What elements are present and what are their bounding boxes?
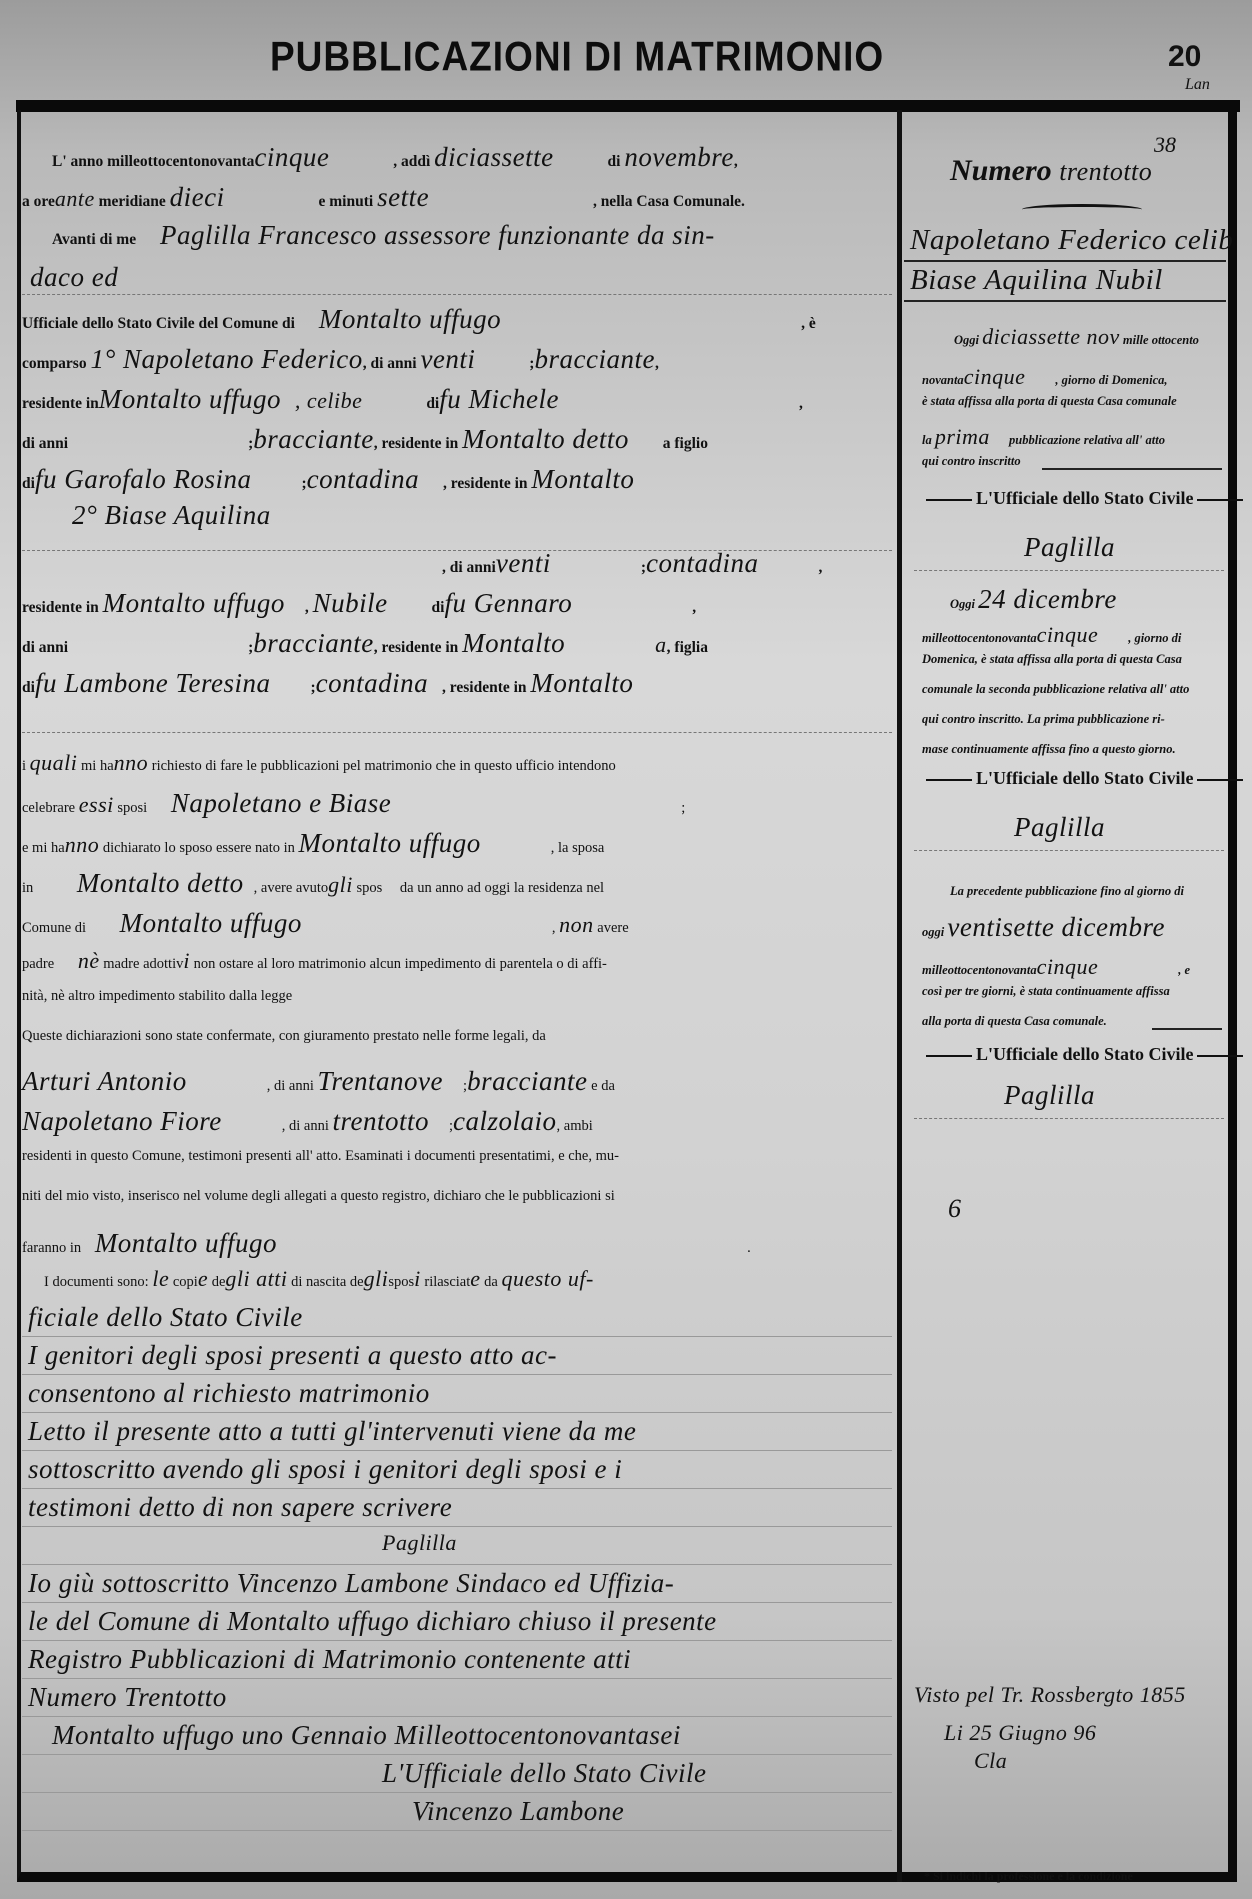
record-line-37: le del Comune di Montalto uffugo dichiar… (28, 1606, 717, 1637)
margin-mark: 6 (948, 1194, 961, 1224)
pub1-text-line-2: la prima pubblicazione relativa all' att… (922, 424, 1165, 450)
record-line-14: difu Lambone Teresina;contadina , reside… (22, 668, 633, 699)
pub3-text-line-1: La precedente pubblicazione fino al gior… (950, 884, 1184, 899)
pub1-date-line: Oggi diciassette nov mille ottocento (954, 324, 1199, 350)
pub2-officer-label: L'Ufficiale dello Stato Civile (922, 768, 1247, 789)
pub1-year-line: novantacinque, giorno di Domenica, (922, 364, 1168, 390)
record-line-6: comparso 1° Napoletano Federico, di anni… (22, 344, 659, 375)
pub2-text-line-2: comunale la seconda pubblicazione relati… (922, 682, 1189, 697)
record-line-31: consentono al richiesto matrimonio (28, 1378, 430, 1409)
record-line-29: ficiale dello Stato Civile (28, 1302, 303, 1333)
record-line-16: celebrare essi sposi Napoletano e Biase; (22, 788, 685, 819)
record-line-23: Arturi Antonio, di anni Trentanove;bracc… (22, 1066, 615, 1097)
pub2-signature: Paglilla (1014, 812, 1105, 843)
visa-line-1: Visto pel Tr. Rossbergto 1855 (914, 1682, 1186, 1708)
page-number: 20 (1168, 40, 1201, 74)
record-signature-paglilla: Paglilla (382, 1530, 457, 1556)
record-line-7: residente inMontalto uffugo , celibe dif… (22, 384, 803, 415)
record-line-11: , di anniventi;contadina, (442, 548, 822, 579)
pub2-year-line: milleottocentonovantacinque, giorno di (922, 622, 1181, 648)
record-line-25: residenti in questo Comune, testimoni pr… (22, 1148, 619, 1165)
record-line-28: I documenti sono: le copie degli atti di… (44, 1266, 594, 1292)
record-line-27: faranno in Montalto uffugo. (22, 1228, 751, 1259)
record-line-12: residente in Montalto uffugo, Nubile dif… (22, 588, 696, 619)
record-line-18: in Montalto detto, avere avutogli spos d… (22, 868, 604, 899)
footnote: * Si indichi la professione e la condizi… (924, 1869, 1133, 1884)
record-line-5: Ufficiale dello Stato Civile del Comune … (22, 304, 816, 335)
page-number-annotation: Lan (1185, 76, 1210, 94)
record-line-9: difu Garofalo Rosina;contadina , residen… (22, 464, 634, 495)
record-line-34: testimoni detto di non sapere scrivere (28, 1492, 452, 1523)
record-line-24: Napoletano Fiore, di anni trentotto;calz… (22, 1106, 593, 1137)
pub1-officer-label: L'Ufficiale dello Stato Civile (922, 488, 1247, 509)
pub3-date-line: oggi ventisette dicembre (922, 912, 1165, 943)
record-officer-signature: Vincenzo Lambone (412, 1796, 624, 1827)
record-line-20: padre nè madre adottivi non ostare al lo… (22, 948, 607, 974)
side-names-line-2: Biase Aquilina Nubil (910, 264, 1163, 297)
pub2-date-line: Oggi 24 dicembre (950, 584, 1117, 615)
record-line-21: nità, nè altro impedimento stabilito dal… (22, 988, 292, 1005)
record-line-2: a oreante meridiane dieci e minuti sette… (22, 182, 745, 213)
side-names-line-1: Napoletano Federico celib (910, 224, 1233, 257)
record-line-4: daco ed (30, 262, 118, 293)
pub1-text-line-3: qui contro inscritto (922, 454, 1021, 469)
pub3-text-line-2: così per tre giorni, è stata continuamen… (922, 984, 1170, 999)
record-line-22: Queste dichiarazioni sono state conferma… (22, 1028, 546, 1045)
record-officer-title: L'Ufficiale dello Stato Civile (382, 1758, 707, 1789)
pub3-text-line-3: alla porta di questa Casa comunale. (922, 1014, 1107, 1029)
record-line-10: 2° Biase Aquilina (72, 500, 271, 531)
record-line-38: Registro Pubblicazioni di Matrimonio con… (28, 1644, 631, 1675)
document-title: PUBBLICAZIONI DI MATRIMONIO (270, 33, 884, 80)
record-line-3: Avanti di me Paglilla Francesco assessor… (52, 220, 715, 251)
pub3-signature: Paglilla (1004, 1080, 1095, 1111)
record-line-30: I genitori degli sposi presenti a questo… (28, 1340, 557, 1371)
record-line-26: niti del mio visto, inserisco nel volume… (22, 1188, 615, 1205)
record-line-32: Letto il presente atto a tutti gl'interv… (28, 1416, 636, 1447)
pub3-officer-label: L'Ufficiale dello Stato Civile (922, 1044, 1247, 1065)
record-line-39: Numero Trentotto (28, 1682, 227, 1713)
document-page: PUBBLICAZIONI DI MATRIMONIO 20 Lan L' an… (0, 0, 1252, 1899)
visa-line-3: Cla (974, 1748, 1007, 1774)
record-line-17: e mi hanno dichiarato lo sposo essere na… (22, 828, 604, 859)
pub1-text-line-1: è stata affissa alla porta di questa Cas… (922, 394, 1177, 409)
record-number: Numero trentotto (950, 154, 1152, 188)
pub2-text-line-4: mase continuamente affissa fino a questo… (922, 742, 1176, 757)
ornament-flourish (1022, 204, 1142, 215)
record-number-digits: 38 (1154, 132, 1176, 158)
record-line-13: di anni;bracciante, residente in Montalt… (22, 628, 708, 659)
record-line-8: di anni;bracciante, residente in Montalt… (22, 424, 708, 455)
record-line-19: Comune di Montalto uffugo, non avere (22, 908, 629, 939)
record-line-15: i quali mi hanno richiesto di fare le pu… (22, 750, 616, 776)
pub2-text-line-1: Domenica, è stata affissa alla porta di … (922, 652, 1182, 667)
record-line-1: L' anno milleottocentonovantacinque , ad… (52, 142, 738, 173)
pub1-signature: Paglilla (1024, 532, 1115, 563)
record-line-33: sottoscritto avendo gli sposi i genitori… (28, 1454, 622, 1485)
pub2-text-line-3: qui contro inscritto. La prima pubblicaz… (922, 712, 1165, 727)
pub3-year-line: milleottocentonovantacinque, e (922, 954, 1190, 980)
record-line-40: Montalto uffugo uno Gennaio Milleottocen… (52, 1720, 681, 1751)
visa-line-2: Li 25 Giugno 96 (944, 1720, 1096, 1746)
record-line-36: Io giù sottoscritto Vincenzo Lambone Sin… (28, 1568, 674, 1599)
column-divider (897, 110, 902, 1882)
